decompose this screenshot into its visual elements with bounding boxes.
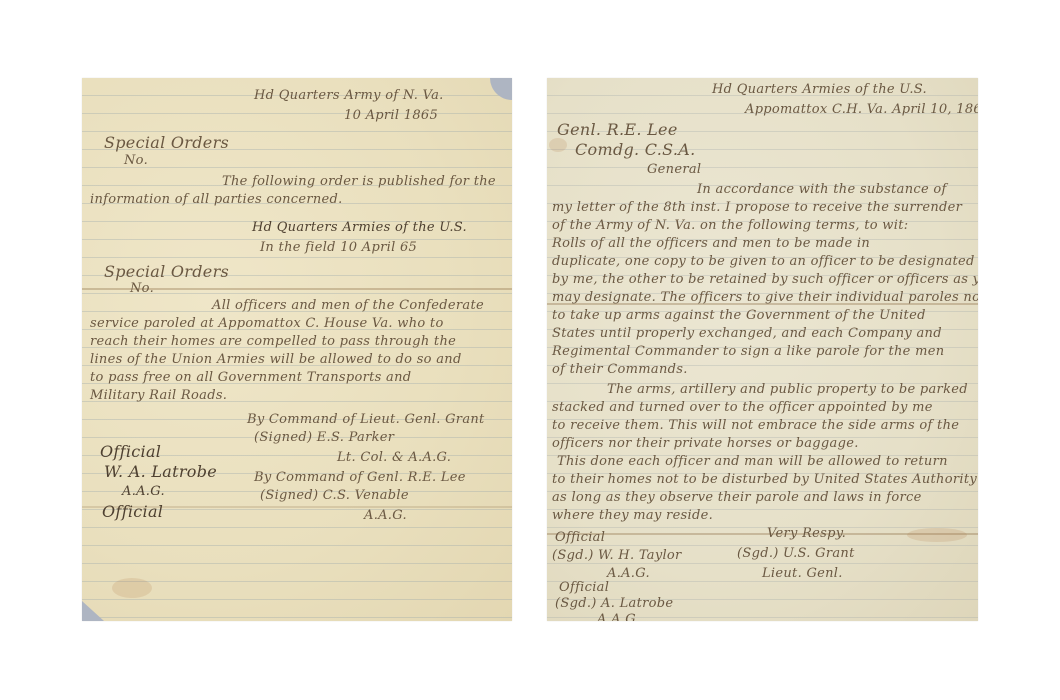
- body-line: lines of the Union Armies will be allowe…: [90, 352, 462, 367]
- body-line: States until properly exchanged, and eac…: [552, 326, 942, 341]
- body-line: may designate. The officers to give thei…: [552, 290, 978, 305]
- heading-date: Appomattox C.H. Va. April 10, 1865: [745, 102, 978, 117]
- intro-line: The following order is published for the: [222, 174, 496, 189]
- right-document-page: Hd Quarters Armies of the U.S. Appomatto…: [547, 78, 978, 621]
- body-line: of the Army of N. Va. on the following t…: [552, 218, 908, 233]
- official-signer: (Sgd.) A. Latrobe: [555, 596, 673, 611]
- body-line: Rolls of all the officers and men to be …: [552, 236, 870, 251]
- body-line: as long as they observe their parole and…: [552, 490, 922, 505]
- salutation: General: [647, 162, 701, 177]
- body-line: where they may reside.: [552, 508, 713, 523]
- official-title: A.A.G.: [122, 484, 165, 499]
- intro-line: information of all parties concerned.: [90, 192, 343, 207]
- sub-heading: Hd Quarters Armies of the U.S.: [252, 220, 467, 235]
- signature-line: (Signed) C.S. Venable: [260, 488, 409, 503]
- body-line: All officers and men of the Confederate: [212, 298, 484, 313]
- body-line: to pass free on all Government Transport…: [90, 370, 411, 385]
- body-line: This done each officer and man will be a…: [557, 454, 948, 469]
- addressee-name: Genl. R.E. Lee: [557, 120, 678, 139]
- stain: [112, 578, 152, 598]
- heading-line: Hd Quarters Army of N. Va.: [254, 88, 444, 103]
- body-line: of their Commands.: [552, 362, 688, 377]
- body-line: In accordance with the substance of: [697, 182, 947, 197]
- left-document-page: Hd Quarters Army of N. Va. 10 April 1865…: [82, 78, 512, 621]
- body-line: Regimental Commander to sign a like paro…: [552, 344, 944, 359]
- signature-line: Lt. Col. & A.A.G.: [337, 450, 451, 465]
- official-title: A.A.G.: [607, 566, 650, 581]
- closing-line: Very Respy.: [767, 526, 846, 541]
- official-label: Official: [100, 442, 161, 461]
- body-line: Military Rail Roads.: [90, 388, 227, 403]
- body-line: to their homes not to be disturbed by Un…: [552, 472, 977, 487]
- body-line: officers nor their private horses or bag…: [552, 436, 859, 451]
- sub-heading-date: In the field 10 April 65: [260, 240, 417, 255]
- closing-title: Lieut. Genl.: [762, 566, 843, 581]
- official-label: Official: [555, 530, 605, 545]
- body-line: service paroled at Appomattox C. House V…: [90, 316, 444, 331]
- signature-line: (Signed) E.S. Parker: [254, 430, 394, 445]
- closing-signature: (Sgd.) U.S. Grant: [737, 546, 855, 561]
- body-line: to receive them. This will not embrace t…: [552, 418, 959, 433]
- signature-line: By Command of Lieut. Genl. Grant: [247, 412, 485, 427]
- body-line: by me, the other to be retained by such …: [552, 272, 978, 287]
- signature-line: A.A.G.: [364, 508, 407, 523]
- body-line: duplicate, one copy to be given to an of…: [552, 254, 975, 269]
- official-label: Official: [102, 502, 163, 521]
- heading-date: 10 April 1865: [344, 108, 438, 123]
- body-line: The arms, artillery and public property …: [607, 382, 968, 397]
- torn-corner: [490, 78, 512, 100]
- sub-order-title: Special Orders: [104, 262, 229, 281]
- body-line: my letter of the 8th inst. I propose to …: [552, 200, 962, 215]
- heading-line: Hd Quarters Armies of the U.S.: [712, 82, 927, 97]
- official-signer: W. A. Latrobe: [104, 462, 217, 481]
- signature-line: By Command of Genl. R.E. Lee: [254, 470, 466, 485]
- order-number: No.: [124, 153, 148, 168]
- torn-corner: [82, 601, 104, 621]
- stain: [549, 138, 567, 152]
- body-line: to take up arms against the Government o…: [552, 308, 926, 323]
- addressee-title: Comdg. C.S.A.: [575, 140, 695, 159]
- official-label: Official: [559, 580, 609, 595]
- sub-order-number: No.: [130, 281, 154, 296]
- official-title: A.A.G.: [597, 612, 640, 621]
- stain: [907, 528, 967, 542]
- official-signer: (Sgd.) W. H. Taylor: [552, 548, 682, 563]
- body-line: stacked and turned over to the officer a…: [552, 400, 933, 415]
- body-line: reach their homes are compelled to pass …: [90, 334, 456, 349]
- order-title: Special Orders: [104, 133, 229, 152]
